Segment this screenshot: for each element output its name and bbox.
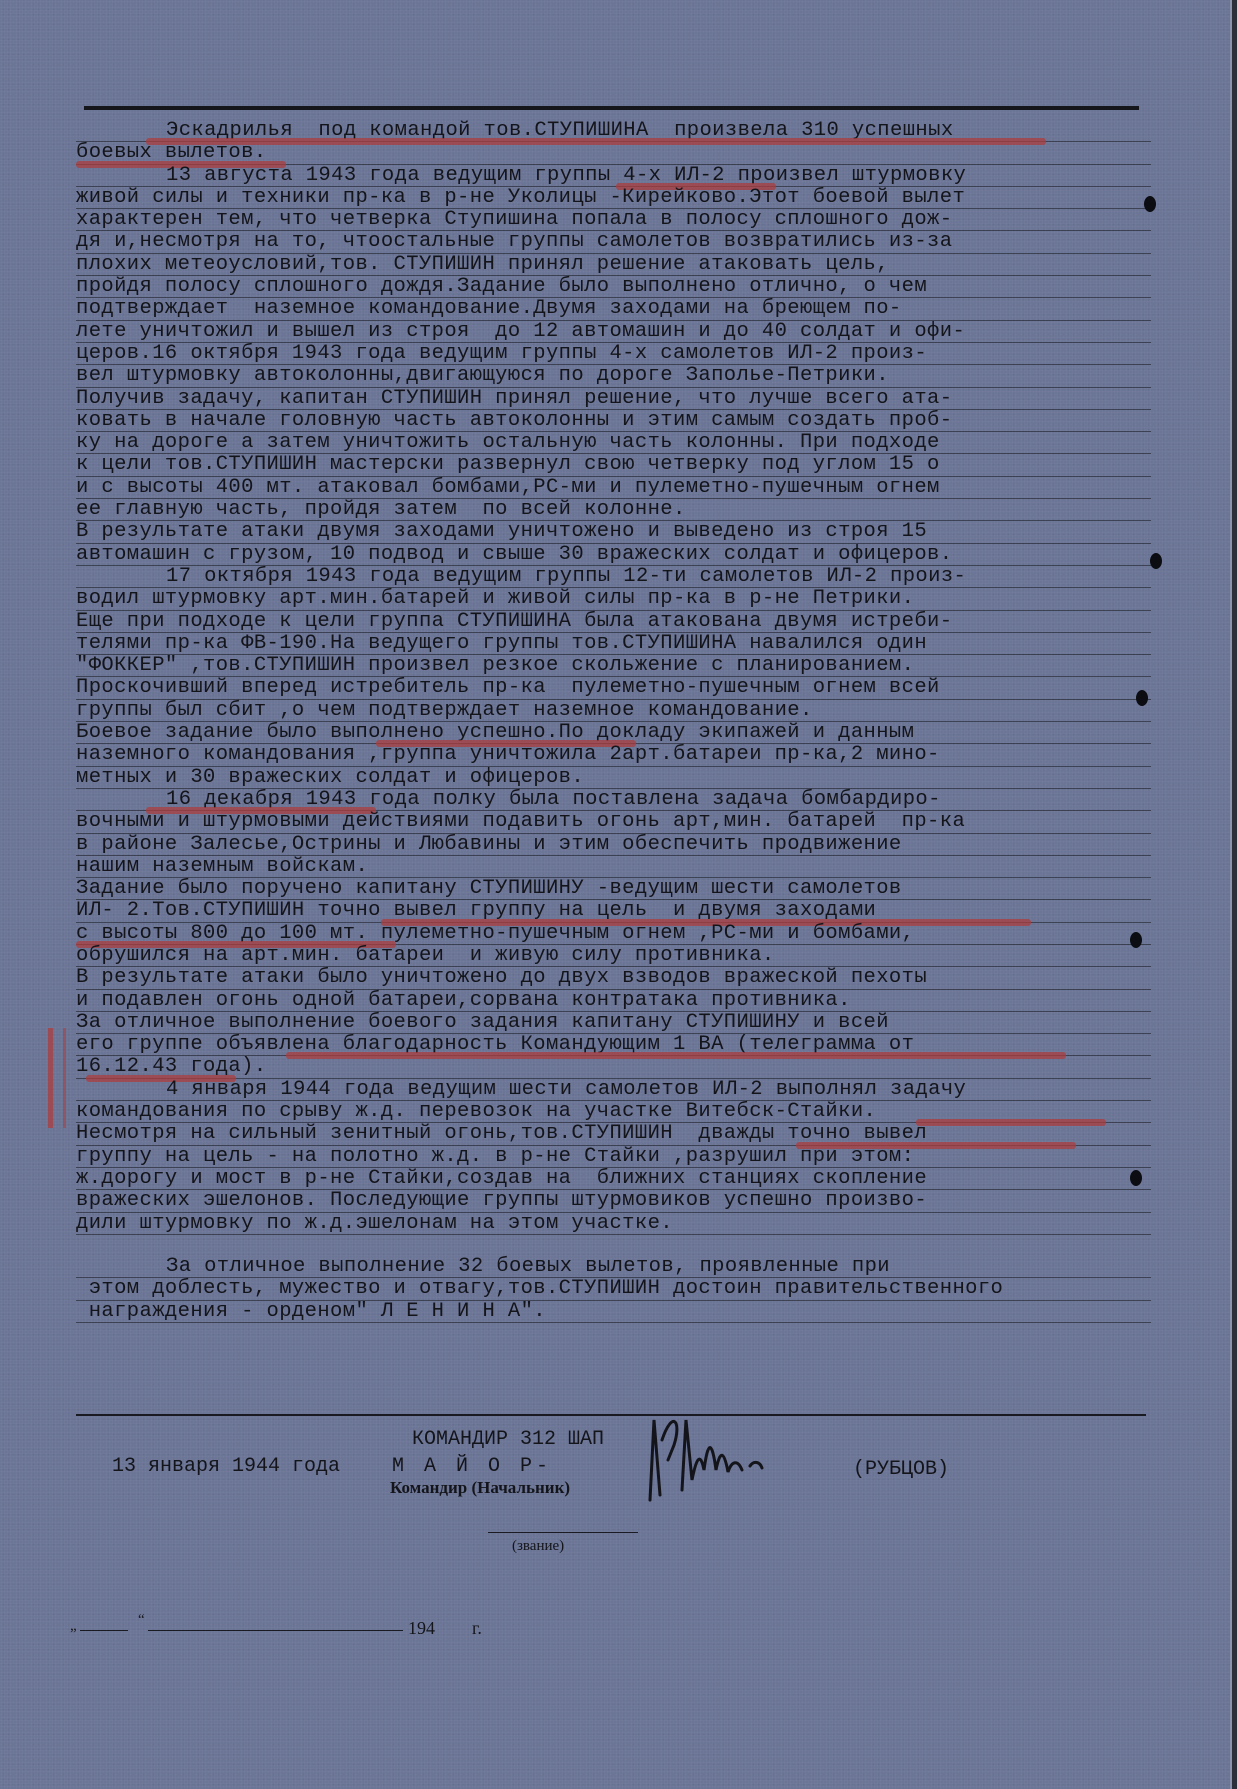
text-line: награждения - орденом" Л Е Н И Н А".: [76, 1301, 1151, 1323]
text-line: дя и,несмотря на то, чтоостальные группы…: [76, 231, 1151, 253]
text-line: ее главную часть, пройдя затем по всей к…: [76, 499, 1151, 521]
red-pencil-margin-mark: [48, 1028, 66, 1128]
text-line: плохих метеоусловий,тов. СТУПИШИН принял…: [76, 254, 1151, 276]
citation-body: Эскадрилья под командой тов.СТУПИШИНА пр…: [76, 118, 1151, 1323]
text-line: 17 октября 1943 года ведущим группы 12-т…: [76, 566, 1151, 588]
text-line: ковать в начале головную часть автоколон…: [76, 410, 1151, 432]
text-line: 16 декабря 1943 года полку была поставле…: [76, 789, 1151, 811]
footer-date-quote: “: [138, 1612, 145, 1629]
text-line: вочными и штурмовыми действиями подавить…: [76, 811, 1151, 833]
text-line: дили штурмовку по ж.д.эшелонам на этом у…: [76, 1213, 1151, 1235]
signatory-name: (РУБЦОВ): [853, 1458, 949, 1481]
top-rule: [84, 106, 1139, 110]
text-line: Несмотря на сильный зенитный огонь,тов.С…: [76, 1123, 1151, 1145]
text-line: автомашин с грузом, 10 подвод и свыше 30…: [76, 544, 1151, 566]
punch-hole: [1136, 690, 1148, 706]
text-line: нашим наземным войскам.: [76, 856, 1151, 878]
footer-day-rule: [80, 1630, 128, 1631]
printed-label: Командир (Начальник): [390, 1478, 570, 1498]
text-line: к цели тов.СТУПИШИН мастерски развернул …: [76, 454, 1151, 476]
footer-year: 194: [408, 1618, 435, 1639]
punch-hole: [1144, 196, 1156, 212]
text-line: В результате атаки двумя заходами уничто…: [76, 521, 1151, 543]
unit-line: КОМАНДИР 312 ШАП: [412, 1428, 604, 1451]
punch-hole: [1130, 1170, 1142, 1186]
text-line: метных и 30 вражеских солдат и офицеров.: [76, 767, 1151, 789]
text-line: с высоты 800 до 100 мт. пулеметно-пушечн…: [76, 923, 1151, 945]
text-line: в районе Залесье,Острины и Любавины и эт…: [76, 834, 1151, 856]
signature-date: 13 января 1944 года: [112, 1455, 340, 1478]
text-line: 16.12.43 года).: [76, 1056, 1151, 1078]
text-line: вел штурмовку автоколонны,двигающуюся по…: [76, 365, 1151, 387]
text-line: характерен тем, что четверка Ступишина п…: [76, 209, 1151, 231]
text-line: 4 января 1944 года ведущим шести самолет…: [76, 1079, 1151, 1101]
text-line: За отличное выполнение боевого задания к…: [76, 1012, 1151, 1034]
text-line: этом доблесть, мужество и отвагу,тов.СТУ…: [76, 1278, 1151, 1300]
text-line: Задание было поручено капитану СТУПИШИНУ…: [76, 878, 1151, 900]
punch-hole: [1150, 553, 1162, 569]
text-line: и подавлен огонь одной батареи,сорвана к…: [76, 990, 1151, 1012]
rank: М А Й О Р-: [392, 1455, 552, 1478]
text-line: группу на цель - на полотно ж.д. в р-не …: [76, 1146, 1151, 1168]
divider-rule: [76, 1414, 1146, 1416]
text-line: 13 августа 1943 года ведущим группы 4-х …: [76, 165, 1151, 187]
handwritten-signature: [642, 1400, 782, 1510]
text-line: боевых вылетов.: [76, 142, 1151, 164]
rank-caption: (звание): [512, 1538, 564, 1555]
text-line: телями пр-ка ФВ-190.На ведущего группы т…: [76, 633, 1151, 655]
text-line: Эскадрилья под командой тов.СТУПИШИНА пр…: [76, 120, 1151, 142]
punch-hole: [1130, 932, 1142, 948]
text-line: "ФОККЕР" ,тов.СТУПИШИН произвел резкое с…: [76, 655, 1151, 677]
text-line: пройдя полосу сплошного дождя.Задание бы…: [76, 276, 1151, 298]
footer-month-rule: [148, 1630, 403, 1631]
rank-rule: [488, 1532, 638, 1533]
text-line: В результате атаки было уничтожено до дв…: [76, 967, 1151, 989]
footer-year-suffix: г.: [472, 1618, 482, 1639]
text-line: обрушился на арт.мин. батареи и живую си…: [76, 945, 1151, 967]
text-line: Еще при подходе к цели группа СТУПИШИНА …: [76, 611, 1151, 633]
text-line: [76, 1235, 1151, 1256]
text-line: Получив задачу, капитан СТУПИШИН принял …: [76, 388, 1151, 410]
text-line: командования по срыву ж.д. перевозок на …: [76, 1101, 1151, 1123]
text-line: и с высоты 400 мт. атаковал бомбами,РС-м…: [76, 477, 1151, 499]
text-line: Боевое задание было выполнено успешно.По…: [76, 722, 1151, 744]
text-line: ку на дороге а затем уничтожить остальну…: [76, 432, 1151, 454]
text-line: группы был сбит ,о чем подтверждает назе…: [76, 700, 1151, 722]
text-line: ж.дорогу и мост в р-не Стайки,создав на …: [76, 1168, 1151, 1190]
text-line: вражеских эшелонов. Последующие группы ш…: [76, 1190, 1151, 1212]
text-line: церов.16 октября 1943 года ведущим групп…: [76, 343, 1151, 365]
text-line: живой силы и техники пр-ка в р-не Уколиц…: [76, 187, 1151, 209]
footer-date-prefix: „: [70, 1618, 77, 1635]
text-line: ИЛ- 2.Тов.СТУПИШИН точно вывел группу на…: [76, 900, 1151, 922]
text-line: его группе объявлена благодарность Коман…: [76, 1034, 1151, 1056]
text-line: Проскочивший вперед истребитель пр-ка пу…: [76, 677, 1151, 699]
text-line: За отличное выполнение 32 боевых вылетов…: [76, 1256, 1151, 1278]
text-line: лете уничтожил и вышел из строя до 12 ав…: [76, 321, 1151, 343]
text-line: наземного командования ,группа уничтожил…: [76, 744, 1151, 766]
text-line: подтверждает наземное командование.Двумя…: [76, 298, 1151, 320]
text-line: водил штурмовку арт.мин.батарей и живой …: [76, 588, 1151, 610]
document-sheet: Эскадрилья под командой тов.СТУПИШИНА пр…: [0, 0, 1232, 1789]
